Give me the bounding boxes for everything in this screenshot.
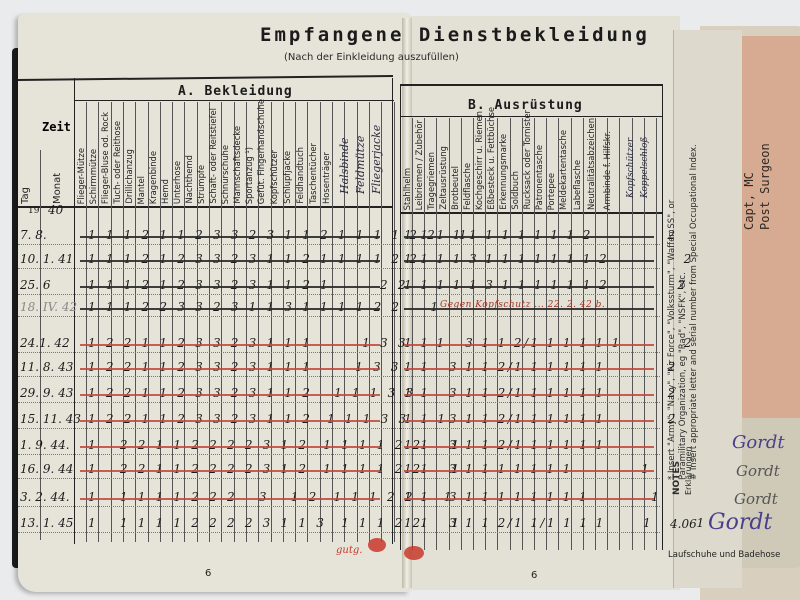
row-section-a-values: 1 1 1 2 2 3 3 2 3 1 1 3 1 1 1 1 2 2 1 [88, 300, 441, 314]
handwritten-header: Feldmütze [354, 104, 367, 194]
col-header: Kopfschützer [269, 150, 279, 204]
row-divider [18, 428, 660, 429]
row-section-a-values: 1 1 1 2 1 2 3 3 2 3 1 1 2 1 1 1 1 2 2 [88, 252, 420, 266]
row-date: 16. 9. 44 [20, 462, 73, 476]
col-header: Sportanzug ¹) [244, 147, 254, 204]
col-header: Schlupfjacke [282, 151, 292, 204]
strike-through-line [80, 344, 380, 346]
strike-through-line [404, 260, 654, 262]
handwritten-header: Kopfschützer [626, 118, 636, 198]
row-date: 18. IV. 42 [20, 300, 77, 314]
signature-date: 4.06 [670, 517, 697, 531]
strike-through-line [404, 344, 654, 346]
handwritten-header: Halsbinde [338, 104, 351, 194]
col-header: Unterhose [172, 161, 182, 204]
notes-line-3: # Insert appropriate letter and serial n… [689, 40, 699, 480]
col-header: Neutralitätsabzeichen [586, 118, 596, 210]
month-label: Monat [52, 172, 63, 204]
strike-through-line [80, 394, 380, 396]
strike-through-line [80, 420, 380, 422]
row-date: 24.1. 42 [20, 336, 70, 350]
signature: Gordt [732, 432, 785, 453]
row-section-b-values: 1 1 3 1 1 1 1 1 1 1 1 1 [404, 490, 661, 504]
page-title: Empfangene Dienstbekleidung [260, 24, 650, 46]
notes-heading-de: Erklärungen [684, 445, 694, 495]
red-ink-blot [404, 546, 424, 560]
row-section-b-values: 1 1 1 1 3 1 1 1 1 1 1 1 2 2 [404, 252, 694, 266]
strike-through-line [404, 308, 654, 310]
row-divider [18, 454, 660, 455]
col-header: Feldflasche [462, 163, 472, 210]
row-divider [18, 478, 660, 479]
row-divider [18, 352, 660, 353]
right-page-number: 6 [531, 570, 537, 581]
header-rule [400, 84, 662, 86]
row-divider [18, 316, 660, 317]
row-date: 7. 8. [20, 228, 47, 242]
col-header: Erkennungsmarke [498, 134, 508, 210]
strike-through-line [404, 286, 654, 288]
strike-through-line [404, 236, 654, 238]
col-header: Drillichanzug [124, 149, 134, 204]
strike-through-line [80, 446, 380, 448]
signature: Gordt [708, 510, 772, 535]
row-section-b-values: 1 1 3 1 1 1 1 1 1 1 1 [404, 462, 651, 476]
row-date: 13. 1. 45 [20, 516, 73, 530]
col-header: Soldbuch [510, 171, 520, 210]
red-ink-blot [368, 538, 386, 552]
signature: Gordt [736, 462, 780, 480]
col-header: Feldhandtuch [295, 147, 305, 204]
row-section-b-values: 1 1 1 1 1 1 1 1 1 1 1 2 2 [404, 228, 677, 242]
col-header: Schirmmütze [88, 149, 98, 204]
col-header: Kragenbinde [148, 151, 158, 204]
handwritten-header: Fliegerjacke [370, 104, 383, 194]
page-subtitle: (Nach der Einkleidung auszufüllen) [284, 52, 459, 63]
col-header: Taschentücher [308, 143, 318, 204]
officer-title: Post Surgeon [758, 110, 772, 230]
col-header: Meldekartentasche [558, 130, 568, 210]
col-header: Schnürschuhe [220, 145, 230, 204]
col-header: Eßbesteck u. Fettbüchse [486, 107, 496, 210]
col-header: Hosenträger [321, 152, 331, 204]
row-date: 29. 9. 43 [20, 386, 73, 400]
row-section-b-values: 1 1 3 1 1 2/1 1 1 1 1 1 2 [404, 360, 678, 374]
row-section-b-values: 1 1 3 1 1 2/1 1 1 1 1 1 2 [404, 412, 678, 426]
row-section-b-values: 1 1 1 3 1 1 2/1 1 1 1 1 1 2 [404, 336, 694, 350]
col-header: Mantel [136, 176, 146, 204]
row-section-a-values: 1 2 2 1 1 2 3 3 2 3 1 1 2 1 1 1 3 3 [88, 386, 416, 400]
col-header: Strümpfe [196, 165, 206, 204]
row-date: 25. 6 [20, 278, 51, 292]
row-divider [18, 294, 660, 295]
col-header: Mannschaftsdecke [232, 126, 242, 204]
col-header: Schaft- oder Reitstiefel [208, 108, 218, 204]
row-section-a-values: 1 2 2 1 1 2 3 3 2 3 1 1 1 1 3 3 [88, 336, 409, 350]
col-header: Flieger-Mütze [76, 148, 86, 204]
section-a-label: A. Bekleidung [178, 84, 293, 99]
signature: Gordt [734, 490, 778, 508]
col-header: Flieger-Bluse od. Rock [100, 112, 110, 204]
strike-through-line [80, 470, 380, 472]
row-section-a-values: 1 2 2 1 1 2 3 3 2 3 1 1 1 1 3 3 [88, 360, 402, 374]
col-header: Armbinde f. Hilfskr. [602, 131, 612, 210]
col-header: Rucksack oder Tornister [522, 110, 532, 210]
strike-through-line [80, 236, 380, 238]
row-divider [18, 268, 660, 269]
col-header: Kochgeschirr u. Riemen [474, 111, 484, 210]
col-header: Hemd [160, 179, 170, 204]
strike-through-line [404, 498, 654, 500]
row-date: 10. 1. 41 [20, 252, 73, 266]
row-divider [18, 376, 660, 377]
time-label: Zeit [42, 120, 71, 134]
red-ink-note: gutg. [336, 545, 362, 556]
grid-line [662, 84, 663, 550]
officer-rank: Capt, MC [742, 130, 756, 230]
row-section-a-values: 1 2 2 1 1 2 3 3 2 3 1 1 2 1 1 1 3 3 1 [88, 412, 448, 426]
row-divider [18, 532, 660, 533]
col-header: Stahlhelm [402, 168, 412, 210]
grid-line [400, 84, 401, 550]
row-section-b-values: 1 1 3 1 1 2/1 1 1 1 1 1 2 [404, 386, 678, 400]
lower-note: Laufschuhe und Badehose [668, 550, 780, 560]
row-section-b-values: 1 1 1 1 1 3 1 1 1 1 1 1 2 2 [404, 278, 687, 292]
row-divider [18, 506, 660, 507]
header-rule [400, 212, 662, 214]
notes-heading: NOTES [672, 445, 682, 495]
notes-line-2: Paramilitary Organization, eg "Rad", "NS… [678, 40, 688, 480]
section-b-headers: Stahlhelm Leibriemen / Zubehör Tragegrie… [402, 118, 660, 210]
col-header: Brotbeutel [450, 166, 460, 210]
row-divider [18, 402, 660, 403]
strike-through-line [404, 368, 654, 370]
row-section-b-values: 1 1 3 1 1 2/1 1/1 1 1 1 1 1 [404, 516, 707, 530]
handwritten-header: Koppelschloß [640, 118, 650, 198]
col-header: Portepee [546, 173, 556, 210]
row-date: 1. 9. 44. [20, 438, 70, 452]
header-rule [74, 100, 394, 101]
strike-through-line [80, 308, 380, 310]
year-suffix: 40 [48, 203, 63, 217]
section-a-headers: Flieger-Mütze Schirmmütze Flieger-Bluse … [76, 104, 392, 204]
year-prefix: 19 [28, 206, 39, 216]
col-header: Nachthemd [184, 155, 194, 204]
row-date: 15. 11. 43 [20, 412, 81, 426]
strike-through-line [80, 260, 380, 262]
notes-line-1: * Insert "Army", "Navy", "Air Force", "V… [667, 40, 677, 480]
day-label: Tag [20, 182, 31, 204]
col-header: Zeltausrüstung [438, 146, 448, 210]
row-section-a-values: 1 1 1 1 1 2 2 2 3 1 2 1 1 1 2 2 1 [88, 490, 455, 504]
strike-through-line [80, 498, 380, 500]
col-header: Leibriemen / Zubehör [414, 120, 424, 210]
strike-through-line [80, 368, 380, 370]
strike-through-line [404, 470, 654, 472]
left-page-number: 6 [205, 568, 211, 579]
grid-line [394, 102, 395, 542]
col-header: Gefüt. Fingerhandschuhe [256, 99, 266, 204]
col-header: Tuch- oder Reithose [112, 121, 122, 204]
strike-through-line [404, 420, 654, 422]
row-date: 3. 2. 44. [20, 490, 70, 504]
strike-through-line [404, 394, 654, 396]
row-divider [18, 244, 660, 245]
row-section-b-values: 1 1 3 1 1 2/1 1 1 1 1 1 [404, 438, 605, 452]
col-header: Tragegriemen [426, 152, 436, 210]
strike-through-line [80, 286, 380, 288]
row-date: 11. 8. 43 [20, 360, 73, 374]
row-section-a-values: 1 1 1 2 1 2 3 3 2 3 1 1 2 1 2 2 [88, 278, 409, 292]
strike-through-line [404, 446, 654, 448]
col-header: Patronentasche [534, 145, 544, 210]
col-header: Labeflasche [572, 160, 582, 210]
